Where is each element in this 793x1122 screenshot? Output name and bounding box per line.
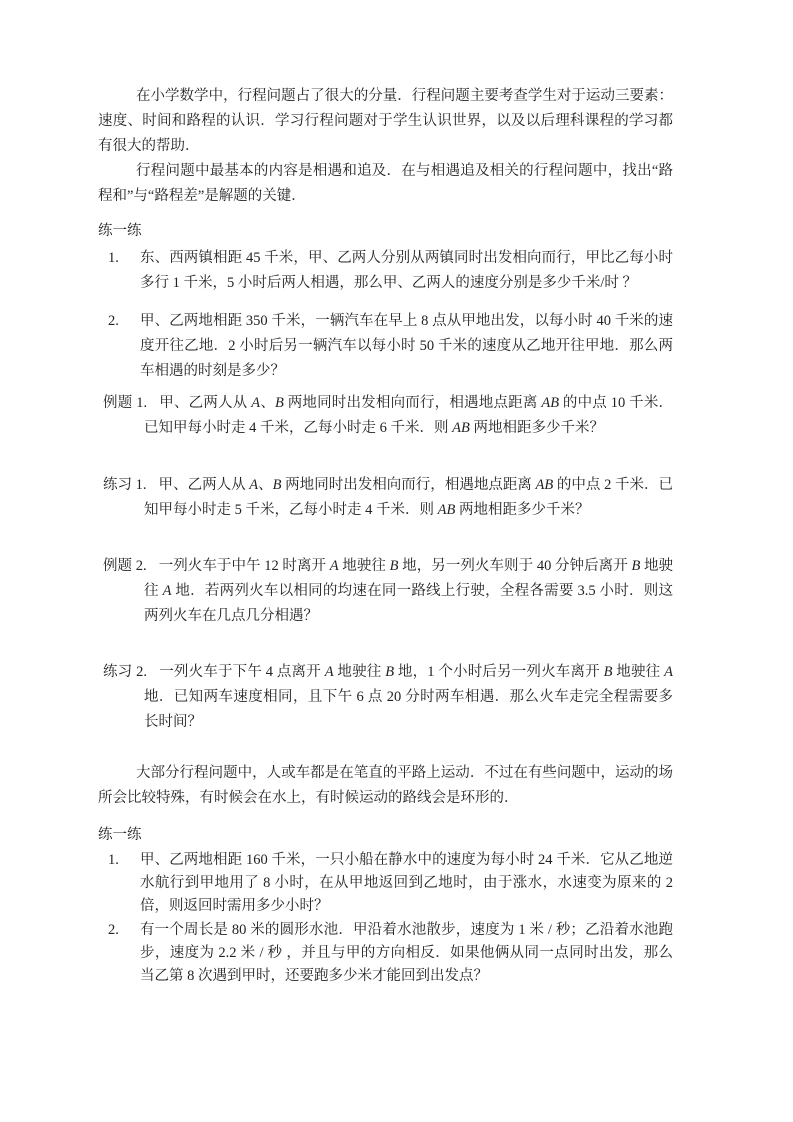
problem-practice-1: 练习 1.甲、乙两人从 A、B 两地同时出发相向而行，相遇地点距离 AB 的中点…	[98, 473, 673, 523]
item-number: 1.	[108, 246, 119, 271]
problem-text: 甲、乙两人从 A、B 两地同时出发相向而行，相遇地点距离 AB 的中点 10 千…	[144, 395, 673, 436]
problem-example-1: 例题 1.甲、乙两人从 A、B 两地同时出发相向而行，相遇地点距离 AB 的中点…	[98, 391, 673, 441]
problem-practice-2: 练习 2.一列火车于下午 4 点离开 A 地驶往 B 地，1 个小时后另一列火车…	[98, 660, 673, 735]
item-text: 甲、乙两地相距 160 千米，一只小船在静水中的速度为每小时 24 千米．它从乙…	[140, 852, 673, 914]
problem-text: 一列火车于中午 12 时离开 A 地驶往 B 地，另一列火车则于 40 分钟后离…	[144, 558, 673, 624]
item-text: 甲、乙两地相距 350 千米，一辆汽车在早上 8 点从甲地出发，以每小时 40 …	[140, 313, 673, 379]
intro-paragraph-1: 在小学数学中，行程问题占了很大的分量．行程问题主要考查学生对于运动三要素：速度、…	[98, 84, 673, 159]
problem-example-2: 例题 2.一列火车于中午 12 时离开 A 地驶往 B 地，另一列火车则于 40…	[98, 554, 673, 629]
problem-label: 例题 2.	[103, 558, 147, 574]
practice-1-item-1: 1. 东、西两镇相距 45 千米，甲、乙两人分别从两镇同时出发相向而行，甲比乙每…	[98, 246, 673, 296]
practice-1-item-2: 2. 甲、乙两地相距 350 千米，一辆汽车在早上 8 点从甲地出发，以每小时 …	[98, 309, 673, 384]
problem-label: 例题 1.	[103, 395, 147, 411]
problem-text: 甲、乙两人从 A、B 两地同时出发相向而行，相遇地点距离 AB 的中点 2 千米…	[144, 477, 673, 518]
problem-text: 一列火车于下午 4 点离开 A 地驶往 B 地，1 个小时后另一列火车离开 B …	[144, 664, 673, 730]
practice-2-list: 1. 甲、乙两地相距 160 千米，一只小船在静水中的速度为每小时 24 千米．…	[98, 849, 673, 988]
item-number: 2.	[108, 309, 119, 334]
practice-2-item-1: 1. 甲、乙两地相距 160 千米，一只小船在静水中的速度为每小时 24 千米．…	[98, 849, 673, 918]
practice-2-item-2: 2. 有一个周长是 80 米的圆形水池．甲沿着水池散步，速度为 1 米 / 秒；…	[98, 919, 673, 988]
item-number: 2.	[108, 919, 119, 942]
practice-section-2-heading: 练一练	[98, 823, 673, 848]
intro2-paragraph: 大部分行程问题中，人或车都是在笔直的平路上运动．不过在有些问题中，运动的场所会比…	[98, 761, 673, 811]
item-text: 有一个周长是 80 米的圆形水池．甲沿着水池散步，速度为 1 米 / 秒；乙沿着…	[140, 922, 673, 984]
item-text: 东、西两镇相距 45 千米，甲、乙两人分别从两镇同时出发相向而行，甲比乙每小时多…	[140, 250, 673, 291]
intro-paragraph-2: 行程问题中最基本的内容是相遇和追及．在与相遇追及相关的行程问题中，找出“路程和”…	[98, 159, 673, 209]
practice-section-1-heading: 练一练	[98, 219, 673, 244]
page-content: 在小学数学中，行程问题占了很大的分量．行程问题主要考查学生对于运动三要素：速度、…	[98, 84, 673, 988]
item-number: 1.	[108, 849, 119, 872]
document-page: 在小学数学中，行程问题占了很大的分量．行程问题主要考查学生对于运动三要素：速度、…	[0, 0, 793, 1122]
problem-label: 练习 1.	[103, 477, 147, 493]
problem-label: 练习 2.	[103, 664, 147, 680]
